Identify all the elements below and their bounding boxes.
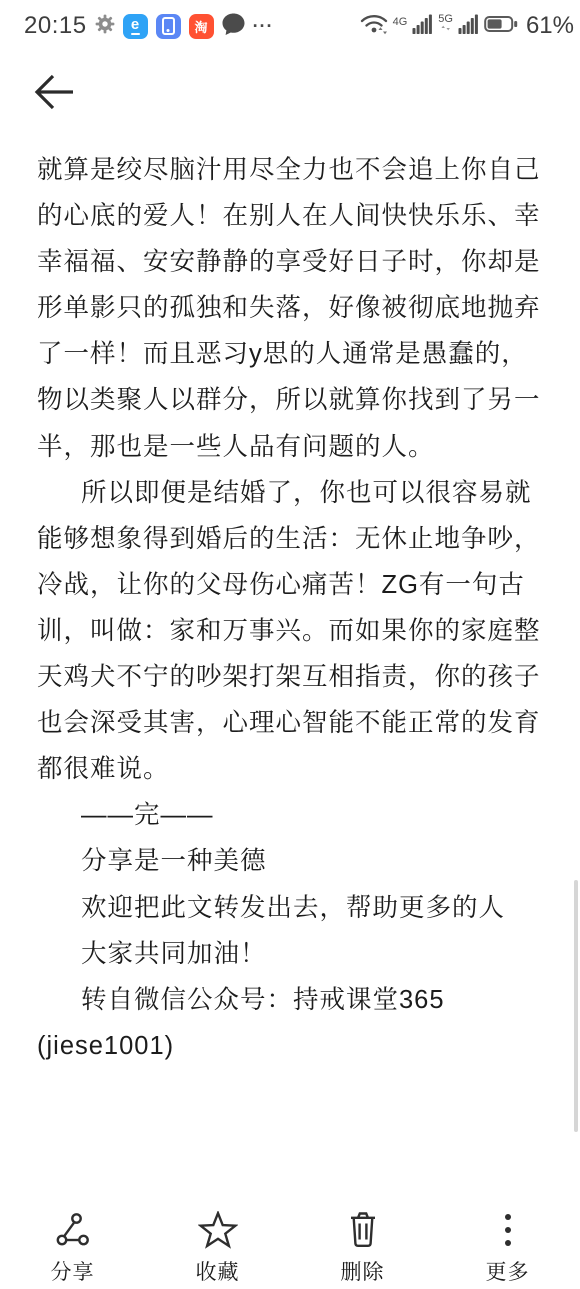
e-app-icon: e	[123, 14, 148, 39]
text-line: 冷战，让你的父母伤心痛苦！ZG有一句古	[37, 562, 580, 608]
more-vertical-icon	[503, 1211, 513, 1249]
notification-overflow-icon: ···	[253, 17, 274, 35]
chat-bubble-icon	[222, 12, 245, 41]
e-app-underline	[131, 33, 140, 35]
status-bar: 20:15	[0, 0, 580, 46]
traffic-arrows-icon	[441, 25, 451, 31]
network-5g-label: 5G	[438, 14, 453, 31]
share-button[interactable]: 分享	[0, 1211, 145, 1286]
favorite-label: 收藏	[196, 1256, 240, 1286]
share-icon	[54, 1211, 92, 1249]
gear-icon	[95, 14, 115, 39]
back-button[interactable]	[30, 68, 78, 116]
text-line: ——完——	[37, 792, 580, 838]
delete-label: 删除	[341, 1256, 385, 1286]
status-time: 20:15	[24, 12, 87, 40]
delete-button[interactable]: 删除	[290, 1211, 435, 1286]
more-label: 更多	[486, 1256, 530, 1286]
text-line: 分享是一种美德	[37, 838, 580, 884]
more-button[interactable]: 更多	[435, 1211, 580, 1286]
arrow-left-icon	[31, 69, 77, 115]
text-line: 也会深受其害，心理心智能不能正常的发育	[37, 700, 580, 746]
text-line: 的心底的爱人！在别人在人间快快乐乐、幸	[37, 193, 580, 239]
text-line: 欢迎把此文转发出去，帮助更多的人	[37, 885, 580, 931]
share-label: 分享	[51, 1256, 95, 1286]
screen: 20:15	[0, 0, 580, 1289]
text-line: 都很难说。	[37, 746, 580, 792]
status-bar-right: 4G 5G	[360, 12, 574, 40]
wifi-icon	[360, 13, 388, 40]
phone-manager-app-icon	[156, 14, 181, 39]
battery-percent: 61%	[526, 12, 574, 40]
text-line: 转自微信公众号：持戒课堂365	[37, 977, 580, 1023]
text-line: 形单影只的孤独和失落，好像被彻底地抛弃	[37, 285, 580, 331]
text-line: 就算是绞尽脑汁用尽全力也不会追上你自己	[37, 147, 580, 193]
text-line: 物以类聚人以群分，所以就算你找到了另一	[37, 377, 580, 423]
text-line: 大家共同加油！	[37, 931, 580, 977]
text-line: 半，那也是一些人品有问题的人。	[37, 424, 580, 470]
e-app-glyph: e	[131, 17, 139, 32]
taobao-app-icon: 淘	[189, 14, 214, 39]
favorite-button[interactable]: 收藏	[145, 1211, 290, 1286]
battery-icon	[484, 14, 519, 39]
status-bar-left: 20:15	[24, 12, 274, 41]
text-line: 训，叫做：家和万事兴。而如果你的家庭整	[37, 608, 580, 654]
network-4g-label: 4G	[393, 17, 408, 28]
text-line: 能够想象得到婚后的生活：无休止地争吵，	[37, 516, 580, 562]
article-text: 就算是绞尽脑汁用尽全力也不会追上你自己 的心底的爱人！在别人在人间快快乐乐、幸 …	[0, 147, 580, 1069]
trash-icon	[345, 1211, 381, 1249]
scrollbar-thumb[interactable]	[574, 880, 578, 1132]
signal-bars-4g-icon	[412, 14, 433, 39]
text-line: 所以即便是结婚了，你也可以很容易就	[37, 470, 580, 516]
text-line: (jiese1001)	[37, 1023, 580, 1069]
taobao-glyph: 淘	[195, 17, 208, 36]
text-line: 了一样！而且恶习y思的人通常是愚蠢的，	[37, 331, 580, 377]
text-line: 幸福福、安安静静的享受好日子时，你却是	[37, 239, 580, 285]
phone-frame-glyph	[162, 17, 175, 35]
signal-bars-5g-icon	[458, 14, 479, 39]
star-icon	[198, 1211, 238, 1249]
text-line: 天鸡犬不宁的吵架打架互相指责，你的孩子	[37, 654, 580, 700]
bottom-toolbar: 分享 收藏	[0, 1197, 580, 1289]
